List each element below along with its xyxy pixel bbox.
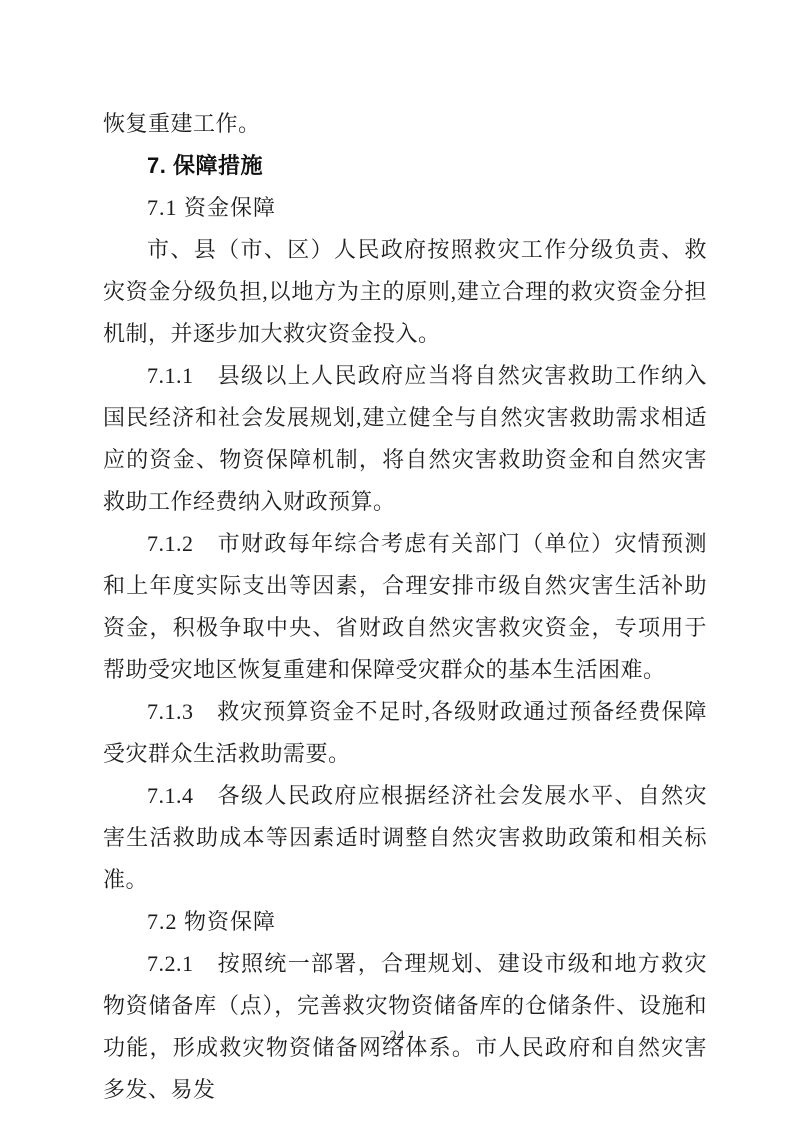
section-heading-7: 7. 保障措施 [103,145,707,187]
subsection-heading-7-2: 7.2 物资保障 [103,901,707,943]
paragraph-7-1-intro: 市、县（市、区）人民政府按照救灾工作分级负责、救灾资金分级负担,以地方为主的原则… [103,229,707,355]
page-number: - 24 - [0,1026,794,1046]
paragraph-7-1-1: 7.1.1 县级以上人民政府应当将自然灾害救助工作纳入国民经济和社会发展规划,建… [103,355,707,523]
paragraph-7-1-2: 7.1.2 市财政每年综合考虑有关部门（单位）灾情预测和上年度实际支出等因素，合… [103,523,707,691]
paragraph-7-1-3: 7.1.3 救灾预算资金不足时,各级财政通过预备经费保障受灾群众生活救助需要。 [103,691,707,775]
document-content: 恢复重建工作。 7. 保障措施 7.1 资金保障 市、县（市、区）人民政府按照救… [103,103,707,1111]
subsection-heading-7-1: 7.1 资金保障 [103,187,707,229]
paragraph-continued-from-previous-page: 恢复重建工作。 [103,103,707,145]
document-page: 恢复重建工作。 7. 保障措施 7.1 资金保障 市、县（市、区）人民政府按照救… [0,0,794,1122]
paragraph-7-1-4: 7.1.4 各级人民政府应根据经济社会发展水平、自然灾害生活救助成本等因素适时调… [103,775,707,901]
